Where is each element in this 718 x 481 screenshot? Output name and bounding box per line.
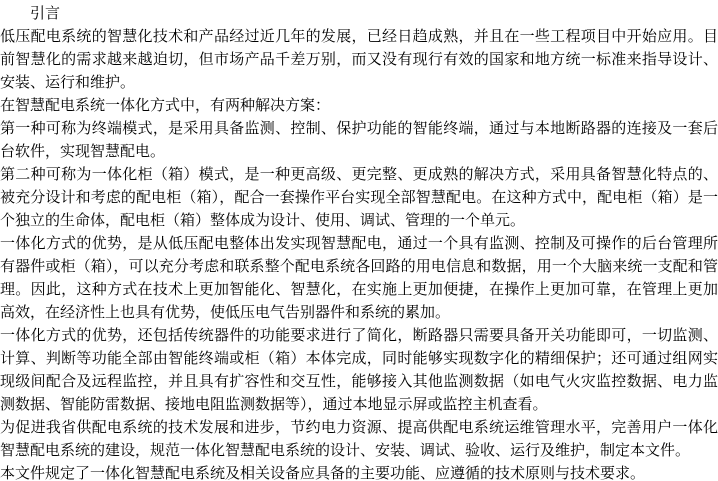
- paragraph-overview: 低压配电系统的智慧化技术和产品经过近几年的发展，已经日趋成熟，并且在一些工程项目…: [0, 25, 718, 94]
- paragraph-integrated-cabinet-mode: 第二种可称为一体化柜（箱）模式，是一种更高级、更完整、更成熟的解决方式，采用具备…: [0, 163, 718, 232]
- paragraph-integrated-advantages-2: 一体化方式的优势，还包括传统器件的功能要求进行了简化，断路器只需要具备开关功能即…: [0, 324, 718, 416]
- paragraph-terminal-mode: 第一种可称为终端模式，是采用具备监测、控制、保护功能的智能终端，通过与本地断路器…: [0, 117, 718, 163]
- paragraph-integrated-advantages-1: 一体化方式的优势，是从低压配电整体出发实现智慧配电，通过一个具有监测、控制及可操…: [0, 232, 718, 324]
- paragraph-purpose: 为促进我省供配电系统的技术发展和进步，节约电力资源、提高供配电系统运维管理水平，…: [0, 416, 718, 462]
- paragraph-two-solutions-intro: 在智慧配电系统一体化方式中，有两种解决方案：: [0, 94, 718, 117]
- paragraph-scope: 本文件规定了一体化智慧配电系统及相关设备应具备的主要功能、应遵循的技术原则与技术…: [0, 462, 718, 481]
- section-heading-intro: 引言: [0, 2, 718, 25]
- document-page: 引言 低压配电系统的智慧化技术和产品经过近几年的发展，已经日趋成熟，并且在一些工…: [0, 0, 718, 481]
